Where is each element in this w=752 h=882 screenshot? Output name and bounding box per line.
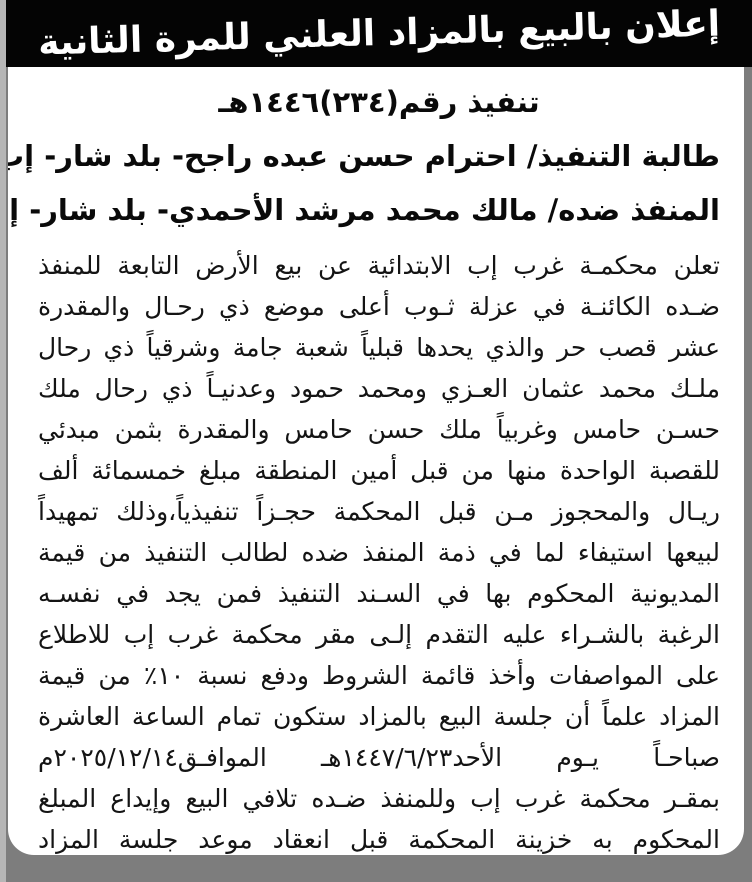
notice-panel: تنفيذ رقم(٢٣٤)١٤٤٦هـ طالبة التنفيذ/ احتر… — [8, 67, 744, 855]
body-line: ريـال والمحجوز مـن قبل المحكمة حجـزاً تن… — [38, 491, 720, 532]
scan-edge-highlight — [0, 0, 6, 882]
body-line: لبيعها استيفاء لما في ذمة المنفذ ضده لطا… — [38, 532, 720, 573]
body-line: تعلن محكمـة غرب إب الابتدائية عن بيع الأ… — [38, 245, 720, 286]
execution-number-line: تنفيذ رقم(٢٣٤)١٤٤٦هـ — [38, 75, 720, 129]
execution-defendant-line: المنفذ ضده/ مالك محمد مرشد الأحمدي- بلد … — [38, 183, 720, 237]
newspaper-auction-notice: { "banner": { "title": "إعلان بالبيع بال… — [0, 0, 752, 882]
notice-title: إعلان بالبيع بالمزاد العلني للمرة الثاني… — [37, 3, 720, 63]
body-line: على المواصفات وأخذ قائمة الشروط ودفع نسب… — [38, 655, 720, 696]
execution-requester-line: طالبة التنفيذ/ احترام حسن عبده راجح- بلد… — [38, 129, 720, 183]
body-line: المزاد علماً أن جلسة البيع بالمزاد ستكون… — [38, 696, 720, 737]
body-line: ملـك محمد عثمان العـزي ومحمد حمود وعدنيـ… — [38, 368, 720, 409]
body-line: بمقـر محكمة غرب إب وللمنفذ ضـده تلافي ال… — [38, 778, 720, 819]
body-line: المديونية المحكوم بها في السـند التنفيذ … — [38, 573, 720, 614]
title-banner: إعلان بالبيع بالمزاد العلني للمرة الثاني… — [6, 0, 752, 67]
body-line: حسـن حامس وغربياً ملك حسن حامس والمقدرة … — [38, 409, 720, 450]
body-line: الرغبة بالشـراء عليه التقدم إلـى مقر محك… — [38, 614, 720, 655]
body-line: ضـده الكائنـة في عزلة ثـوب أعلى موضع ذي … — [38, 286, 720, 327]
body-line: عشر قصب حر والذي يحدها قبلياً شعبة جامة … — [38, 327, 720, 368]
body-line: للقصبة الواحدة منها من قبل أمين المنطقة … — [38, 450, 720, 491]
body-line: المحكوم به خزينة المحكمة قبل انعقاد موعد… — [38, 819, 720, 855]
body-line: صباحـاً يـوم الأحد١٤٤٧/٦/٢٣هـ الموافـق٢٠… — [38, 737, 720, 778]
notice-body: تعلن محكمـة غرب إب الابتدائية عن بيع الأ… — [38, 245, 720, 855]
